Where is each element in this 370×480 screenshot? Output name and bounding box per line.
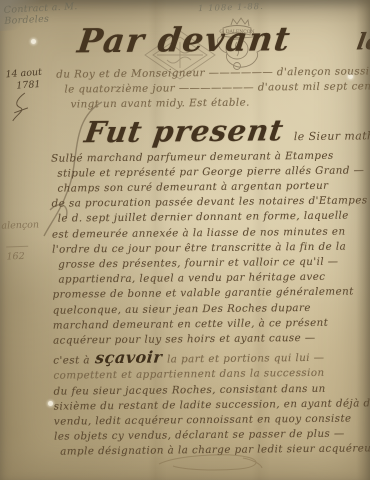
handwritten-line: la part et portions qui lui — xyxy=(167,351,325,368)
bottom-flourish xyxy=(155,448,265,474)
handwritten-line: vingt un avant midy. Est étable. xyxy=(51,95,365,113)
handwritten-line: c'est à xyxy=(53,354,90,370)
manuscript-page: Contract a. M. Bordeles 1 108e 1-88. 14 … xyxy=(0,0,370,480)
opening-formula: Par devant les Notaires xyxy=(50,18,364,67)
paraph-flourish xyxy=(7,91,35,123)
handwritten-line: le Sieur mathieu René xyxy=(294,128,370,142)
paper-hole xyxy=(48,401,53,406)
manuscript-text: Par devant les Notaires du Roy et de Mon… xyxy=(50,18,369,460)
margin-place: alençon xyxy=(1,219,39,231)
word-par-devant: Par devant xyxy=(75,19,293,60)
folio-number-pencil: 1 108e 1-88. xyxy=(198,2,264,14)
margin-number: 162 xyxy=(6,246,29,264)
word-fut-present: Fut present xyxy=(48,113,286,149)
fut-present-row: Fut present le Sieur mathieu René xyxy=(51,112,365,149)
word-scavoir: sçavoir xyxy=(94,348,163,368)
word-les: les xyxy=(355,28,370,55)
margin-note-mid: alençon 162 xyxy=(1,218,40,263)
paper-hole xyxy=(31,39,36,44)
margin-date-year: 1781 xyxy=(16,79,43,93)
